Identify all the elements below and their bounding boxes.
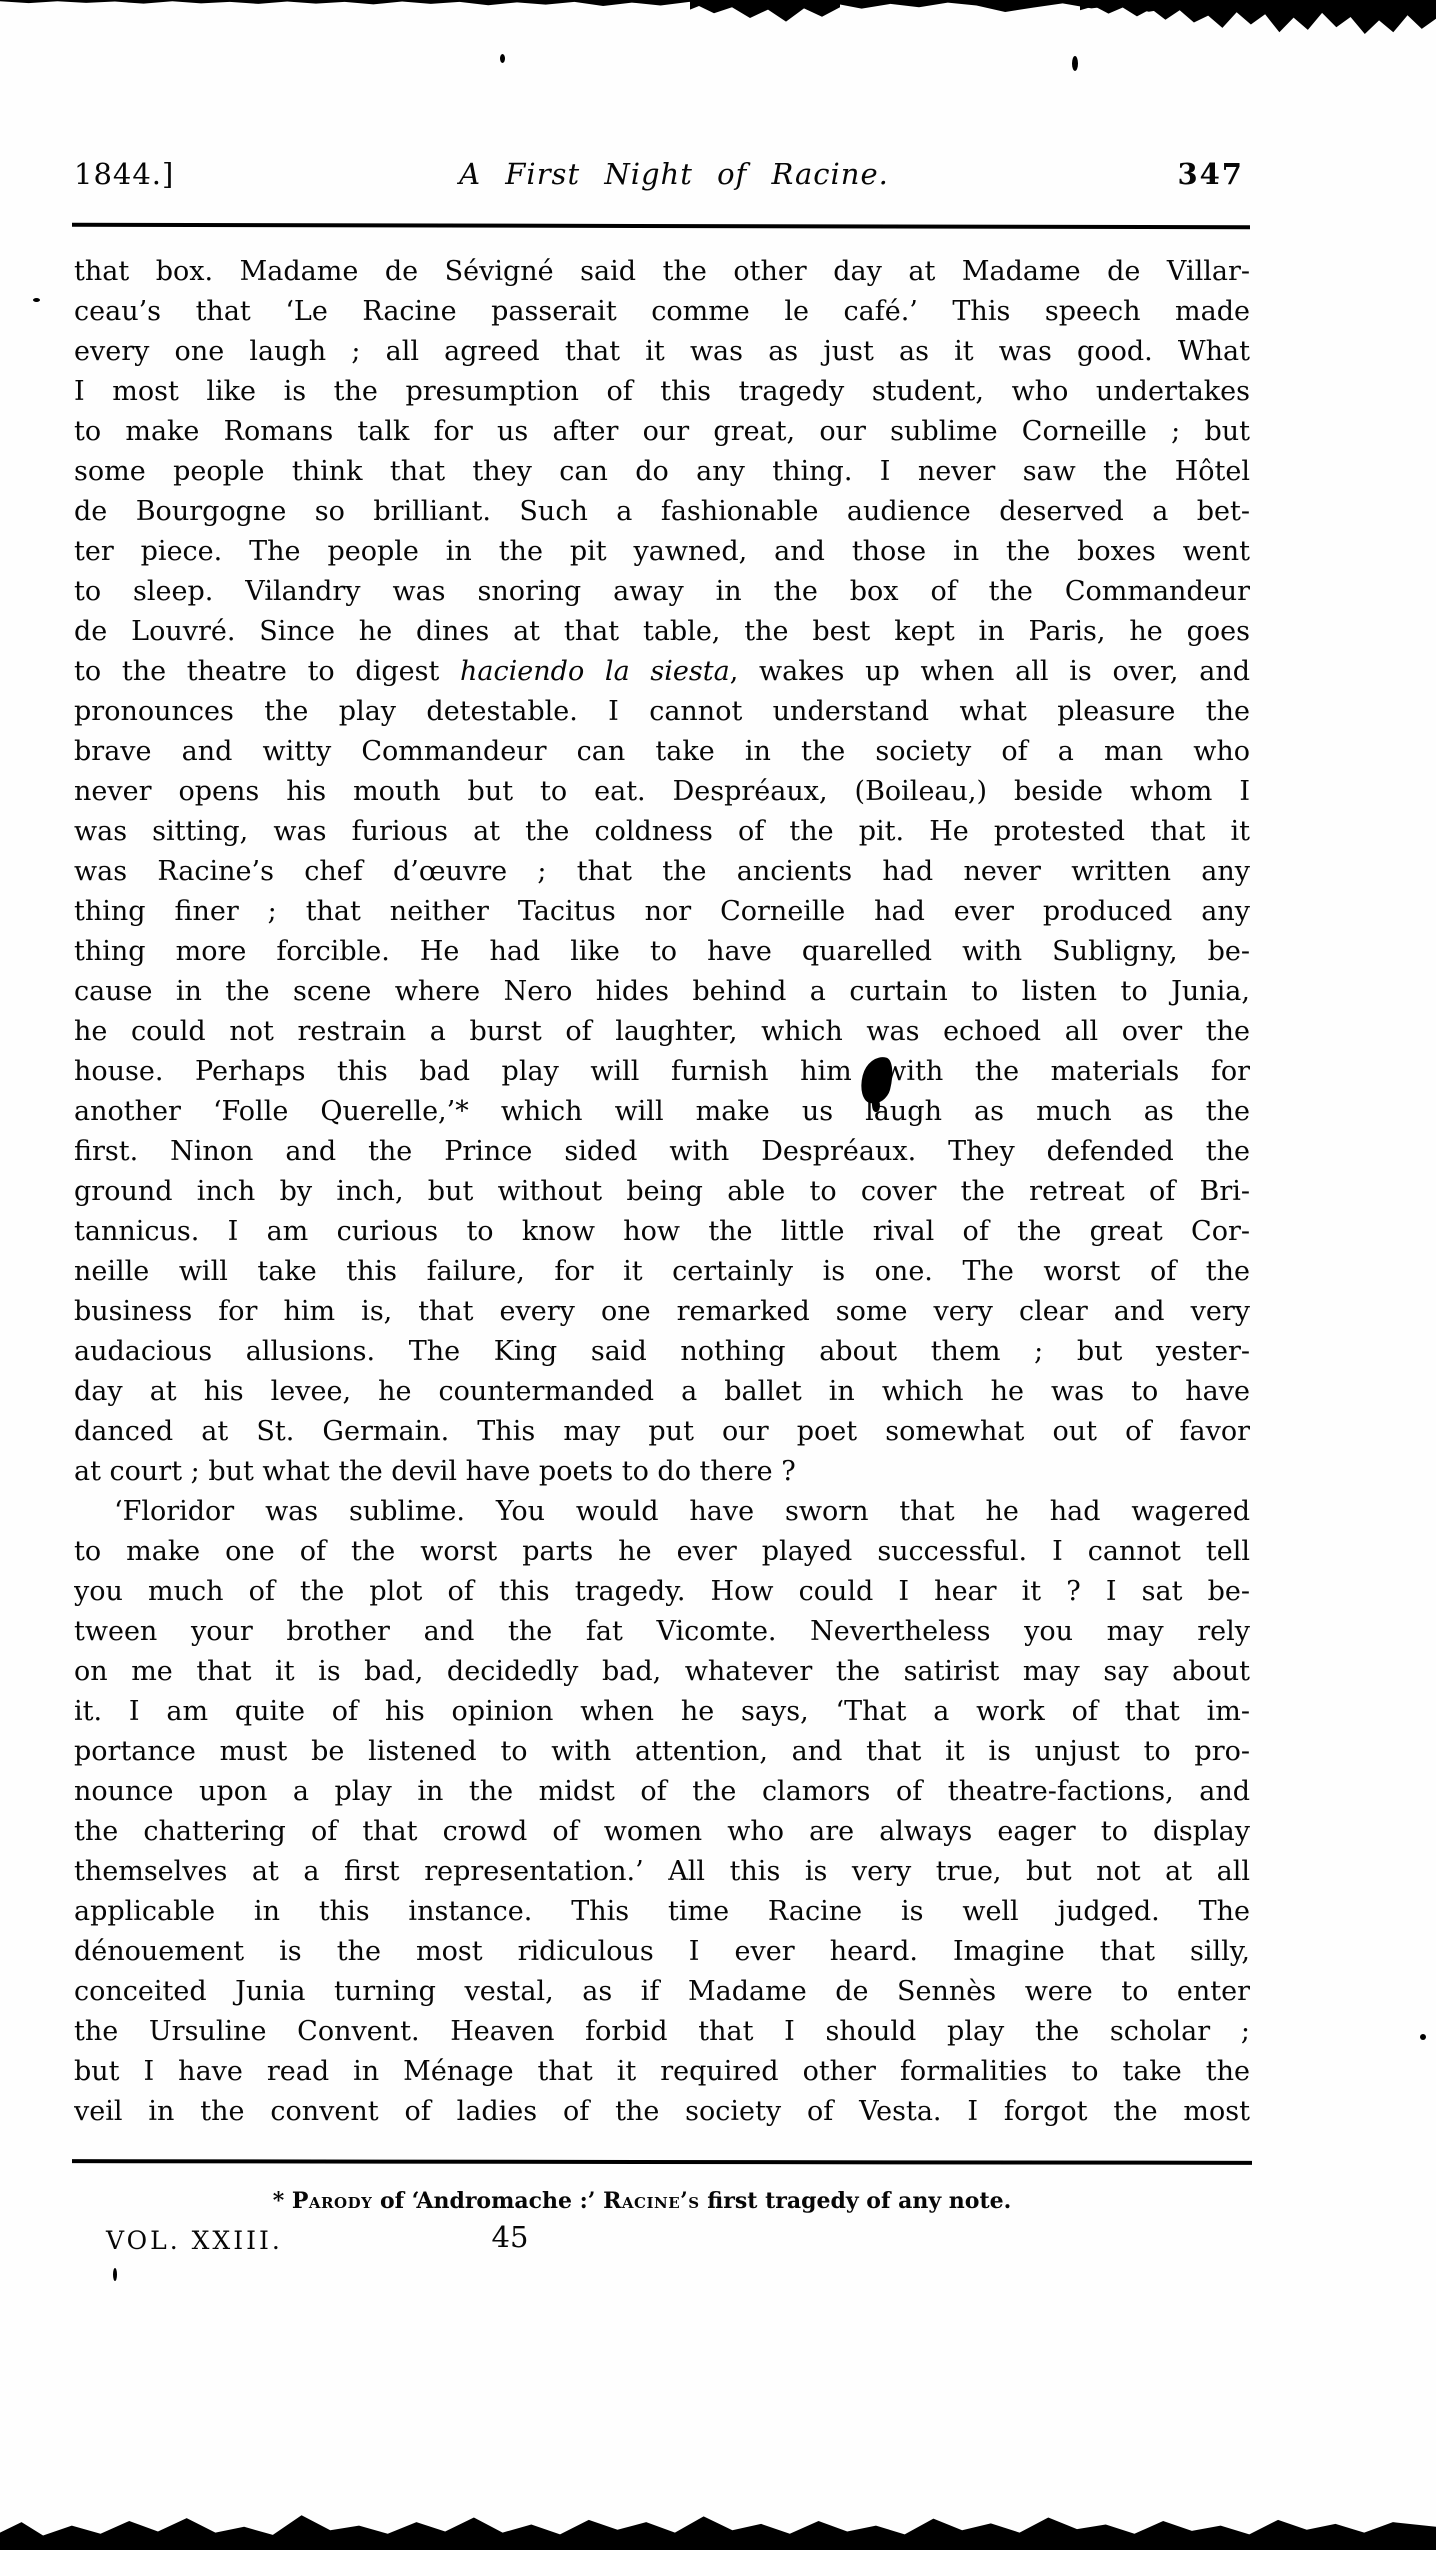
text-line: I most like is the presumption of this t… — [74, 372, 1250, 412]
footnote: * Parody of ‘Andromache :’ Racine’s firs… — [74, 2186, 1250, 2216]
running-title: A First Night of Racine. — [74, 154, 1250, 194]
footnote-smallcaps-term: Parody — [292, 2188, 372, 2214]
text-line: ter piece. The people in the pit yawned,… — [74, 532, 1250, 572]
paragraph-2: ‘Floridor was sublime. You would have sw… — [74, 1492, 1250, 2132]
text-line: on me that it is bad, decidedly bad, wha… — [74, 1652, 1250, 1692]
text-line: to sleep. Vilandry was snoring away in t… — [74, 572, 1250, 612]
footnote-rule — [72, 2159, 1252, 2165]
text-line: day at his levee, he countermanded a bal… — [74, 1372, 1250, 1412]
text-line: ‘Floridor was sublime. You would have sw… — [74, 1492, 1250, 1532]
scan-bottom-edge-artifact — [0, 2492, 1436, 2550]
text-line: tween your brother and the fat Vicomte. … — [74, 1612, 1250, 1652]
text-line: but I have read in Ménage that it requir… — [74, 2052, 1250, 2092]
text-line: at court ; but what the devil have poets… — [74, 1452, 1250, 1492]
scan-top-mid-artifact — [690, 0, 840, 24]
volume-label: VOL. XXIII. — [106, 2226, 283, 2255]
text-line: was sitting, was furious at the coldness… — [74, 812, 1250, 852]
text-line: the chattering of that crowd of women wh… — [74, 1812, 1250, 1852]
text-segment: to the theatre to digest — [74, 656, 460, 687]
text-line: portance must be listened to with attent… — [74, 1732, 1250, 1772]
text-segment: , wakes up when all is over, and — [730, 656, 1250, 687]
text-line: tannicus. I am curious to know how the l… — [74, 1212, 1250, 1252]
footnote-smallcaps-term: Racine’s — [603, 2188, 700, 2214]
text-line: conceited Junia turning vestal, as if Ma… — [74, 1972, 1250, 2012]
scan-speck — [500, 54, 505, 63]
text-line: de Bourgogne so brilliant. Such a fashio… — [74, 492, 1250, 532]
footnote-text: of ‘Andromache :’ — [372, 2188, 603, 2214]
text-line: it. I am quite of his opinion when he sa… — [74, 1692, 1250, 1732]
text-line: pronounces the play detestable. I cannot… — [74, 692, 1250, 732]
text-line: dénouement is the most ridiculous I ever… — [74, 1932, 1250, 1972]
scan-speck — [1420, 2034, 1426, 2040]
text-line: house. Perhaps this bad play will furnis… — [74, 1052, 1250, 1092]
text-line: audacious allusions. The King said nothi… — [74, 1332, 1250, 1372]
scanned-book-page: 1844.] A First Night of Racine. 347 that… — [0, 0, 1436, 2550]
text-line: was Racine’s chef d’œuvre ; that the anc… — [74, 852, 1250, 892]
page-number: 347 — [1177, 154, 1244, 194]
italic-phrase: haciendo la siesta — [460, 656, 730, 687]
text-line: themselves at a first representation.’ A… — [74, 1852, 1250, 1892]
text-line: never opens his mouth but to eat. Despré… — [74, 772, 1250, 812]
text-line: you much of the plot of this tragedy. Ho… — [74, 1572, 1250, 1612]
text-line: ground inch by inch, but without being a… — [74, 1172, 1250, 1212]
paragraph-1-part-b: pronounces the play detestable. I cannot… — [74, 692, 1250, 1492]
text-line: de Louvré. Since he dines at that table,… — [74, 612, 1250, 652]
text-line: first. Ninon and the Prince sided with D… — [74, 1132, 1250, 1172]
header-rule — [72, 223, 1250, 229]
text-line: neille will take this failure, for it ce… — [74, 1252, 1250, 1292]
text-line: cause in the scene where Nero hides behi… — [74, 972, 1250, 1012]
footnote-text: first tragedy of any note. — [700, 2188, 1012, 2214]
text-line: ceau’s that ‘Le Racine passerait comme l… — [74, 292, 1250, 332]
text-line: danced at St. Germain. This may put our … — [74, 1412, 1250, 1452]
text-line-with-italic-phrase: to the theatre to digest haciendo la sie… — [74, 652, 1250, 692]
text-line: to make one of the worst parts he ever p… — [74, 1532, 1250, 1572]
page-header: 1844.] A First Night of Racine. 347 — [74, 154, 1250, 196]
body-text: that box. Madame de Sévigné said the oth… — [74, 252, 1250, 2132]
text-line: veil in the convent of ladies of the soc… — [74, 2092, 1250, 2132]
text-line: brave and witty Commandeur can take in t… — [74, 732, 1250, 772]
signature-number: 45 — [470, 2220, 550, 2254]
text-line: applicable in this instance. This time R… — [74, 1892, 1250, 1932]
text-line: some people think that they can do any t… — [74, 452, 1250, 492]
scan-speck — [33, 298, 40, 302]
text-line: that box. Madame de Sévigné said the oth… — [74, 252, 1250, 292]
text-line: another ‘Folle Querelle,’* which will ma… — [74, 1092, 1250, 1132]
scan-top-right-artifact — [1080, 0, 1436, 34]
paragraph-1-part-a: that box. Madame de Sévigné said the oth… — [74, 252, 1250, 652]
text-line: he could not restrain a burst of laughte… — [74, 1012, 1250, 1052]
text-line: to make Romans talk for us after our gre… — [74, 412, 1250, 452]
footnote-marker: * — [273, 2188, 292, 2214]
header-year-label: 1844.] — [74, 154, 174, 194]
text-line: nounce upon a play in the midst of the c… — [74, 1772, 1250, 1812]
scan-speck — [113, 2268, 117, 2281]
text-line: thing more forcible. He had like to have… — [74, 932, 1250, 972]
text-line: thing finer ; that neither Tacitus nor C… — [74, 892, 1250, 932]
text-line: every one laugh ; all agreed that it was… — [74, 332, 1250, 372]
scan-speck — [1072, 56, 1078, 71]
text-line: the Ursuline Convent. Heaven forbid that… — [74, 2012, 1250, 2052]
text-line: business for him is, that every one rema… — [74, 1292, 1250, 1332]
